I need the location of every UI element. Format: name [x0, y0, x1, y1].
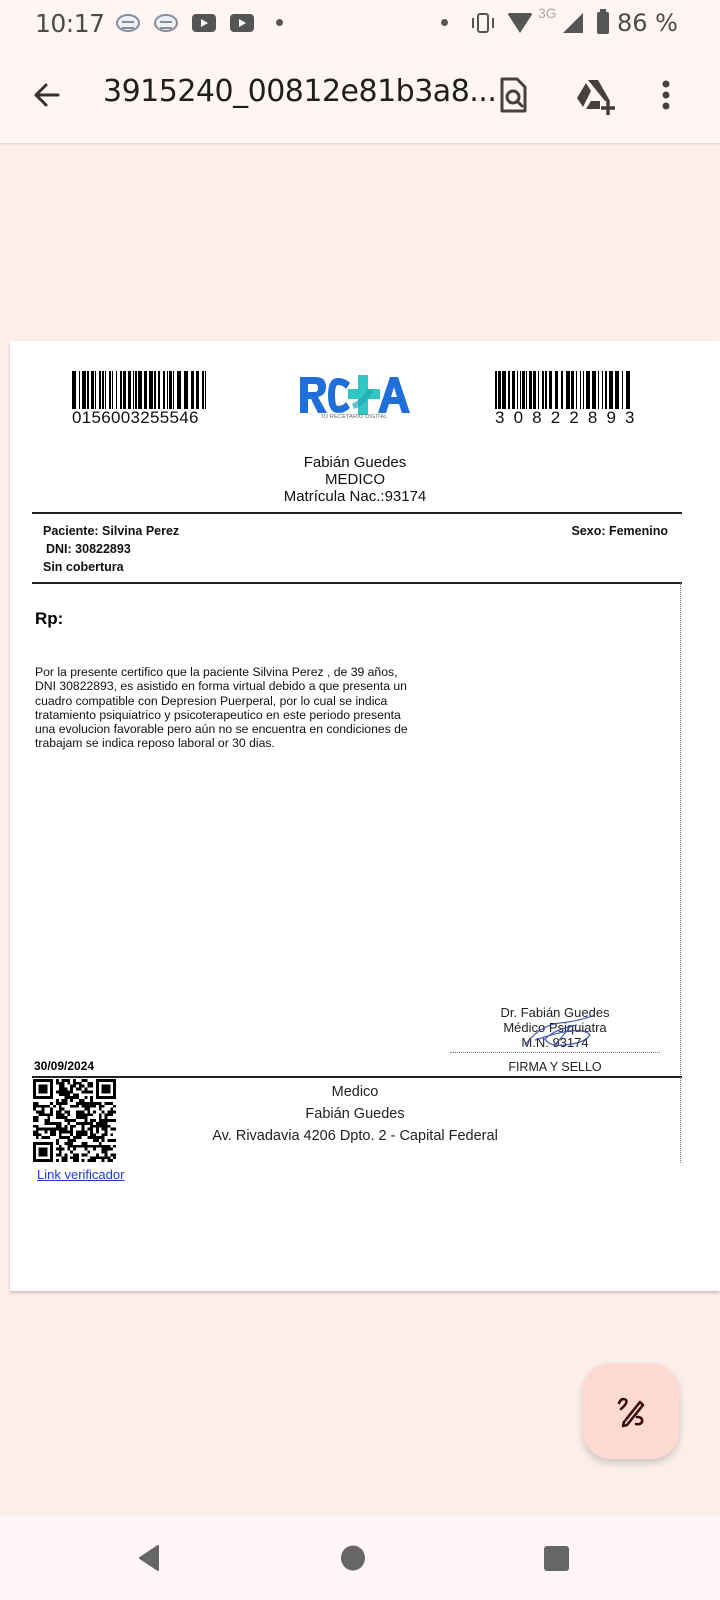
footer-address: Av. Rivadavia 4206 Dpto. 2 - Capital Fed… [160, 1125, 550, 1147]
handwritten-signature [515, 1005, 605, 1055]
nav-home-button[interactable] [333, 1538, 373, 1578]
doctor-license: Matrícula Nac.:93174 [10, 488, 700, 505]
app-bar: 3915240_00812e81b3a8... [0, 46, 720, 143]
find-in-document-icon [494, 74, 534, 116]
network-type: 3G [538, 5, 557, 21]
nav-recents-icon [536, 1538, 576, 1578]
back-arrow-icon [28, 75, 68, 115]
status-time: 10:17 [35, 9, 105, 38]
verify-link[interactable]: Link verificador [37, 1167, 124, 1182]
youtube-icon [192, 14, 216, 32]
wifi-icon [507, 13, 533, 33]
patient-coverage: Sin cobertura [43, 560, 124, 574]
barcode-left [72, 371, 208, 409]
annotate-button[interactable] [583, 1363, 679, 1459]
qr-code [33, 1079, 116, 1162]
nav-back-button[interactable] [131, 1538, 171, 1578]
signature-caption: FIRMA Y SELLO [450, 1060, 660, 1074]
patient-name: Paciente: Silvina Perez [43, 524, 179, 538]
logo-tagline: TU RECETARIO DIGITAL [298, 414, 410, 420]
border-dotted [680, 583, 681, 1077]
coin-icon [116, 14, 140, 32]
patient-dni: DNI: 30822893 [46, 542, 131, 556]
status-bar: 10:17 3G 86 % [0, 0, 720, 46]
more-vert-icon [648, 74, 684, 116]
notification-dot-icon [276, 19, 283, 26]
divider [32, 512, 682, 514]
cell-signal-icon [563, 13, 583, 33]
vibrate-icon [477, 13, 489, 33]
nav-recents-button[interactable] [536, 1538, 576, 1578]
barcode-right [495, 371, 633, 409]
notification-dot-icon [441, 19, 448, 26]
footer-role: Medico [160, 1081, 550, 1103]
rp-label: Rp: [35, 609, 63, 629]
doctor-header: Fabián Guedes MEDICO Matrícula Nac.:9317… [10, 454, 700, 505]
barcode-right-number: 3 0 8 2 2 8 9 3 [495, 408, 637, 428]
doctor-name: Fabián Guedes [10, 454, 700, 471]
issue-date: 30/09/2024 [34, 1059, 94, 1073]
document-page: 0156003255546 TU RECETARIO DIGITAL 3 0 8… [10, 341, 720, 1291]
youtube-icon [230, 14, 254, 32]
add-to-drive-icon [574, 74, 618, 116]
certificate-body: Por la presente certifico que la pacient… [35, 665, 465, 751]
doctor-role: MEDICO [10, 471, 700, 488]
document-title: 3915240_00812e81b3a8... [103, 74, 496, 109]
divider [32, 1076, 682, 1078]
more-options-button[interactable] [648, 74, 684, 116]
signature-line [450, 1052, 660, 1053]
annotate-pen-icon [613, 1393, 649, 1429]
system-nav-bar [0, 1516, 720, 1600]
barcode-left-number: 0156003255546 [72, 408, 199, 428]
battery-icon [597, 12, 609, 34]
add-to-drive-button[interactable] [574, 74, 614, 116]
find-in-document-button[interactable] [494, 74, 534, 116]
footer-name: Fabián Guedes [160, 1103, 550, 1125]
nav-back-icon [131, 1538, 171, 1578]
nav-home-icon [333, 1538, 373, 1578]
back-button[interactable] [28, 75, 68, 115]
patient-sex: Sexo: Femenino [571, 524, 668, 538]
battery-percent: 86 % [617, 9, 678, 37]
footer-info: Medico Fabián Guedes Av. Rivadavia 4206 … [160, 1081, 550, 1147]
border-dotted [680, 1077, 681, 1163]
coin-icon [154, 14, 178, 32]
divider [32, 582, 682, 584]
